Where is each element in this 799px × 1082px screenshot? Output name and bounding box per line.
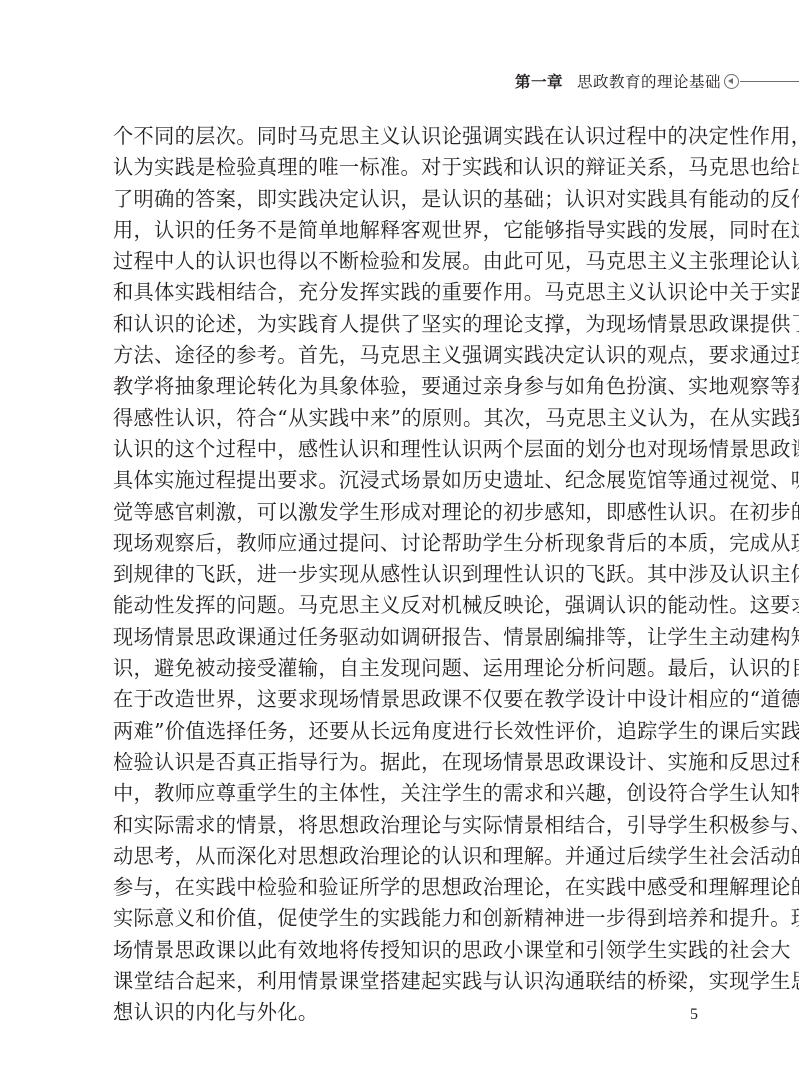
text-line: 得感性认识，符合“从实践中来”的原则。其次，马克思主义认为，在从实践到 <box>113 403 703 434</box>
text-line: 中，教师应尊重学生的主体性，关注学生的需求和兴趣，创设符合学生认知特点 <box>113 778 703 809</box>
chapter-title: 思政教育的理论基础 <box>577 70 721 92</box>
text-line: 在于改造世界，这要求现场情景思政课不仅要在教学设计中设计相应的“道德 <box>113 684 703 715</box>
text-line: 和具体实践相结合，充分发挥实践的重要作用。马克思主义认识论中关于实践 <box>113 277 703 308</box>
body-paragraph: 个不同的层次。同时马克思主义认识论强调实践在认识过程中的决定性作用， 认为实践是… <box>113 121 703 1029</box>
text-line: 能动性发挥的问题。马克思主义反对机械反映论，强调认识的能动性。这要求 <box>113 590 703 621</box>
text-line: 识，避免被动接受灌输，自主发现问题、运用理论分析问题。最后，认识的目的 <box>113 653 703 684</box>
text-line: 和实际需求的情景，将思想政治理论与实际情景相结合，引导学生积极参与、主 <box>113 810 703 841</box>
text-line: 和认识的论述，为实践育人提供了坚实的理论支撑，为现场情景思政课提供了 <box>113 309 703 340</box>
running-head: 第一章 思政教育的理论基础 <box>515 70 799 92</box>
chapter-number: 第一章 <box>515 70 563 92</box>
page-number: 5 <box>690 1006 698 1024</box>
header-rule <box>740 81 799 82</box>
text-line: 教学将抽象理论转化为具象体验，要通过亲身参与如角色扮演、实地观察等获 <box>113 371 703 402</box>
text-line: 用，认识的任务不是简单地解释客观世界，它能够指导实践的发展，同时在这个 <box>113 215 703 246</box>
text-line: 两难”价值选择任务，还要从长远角度进行长效性评价，追踪学生的课后实践， <box>113 716 703 747</box>
text-line: 想认识的内化与外化。 <box>113 997 703 1028</box>
text-line: 检验认识是否真正指导行为。据此，在现场情景思政课设计、实施和反思过程 <box>113 747 703 778</box>
text-line: 认识的这个过程中，感性认识和理性认识两个层面的划分也对现场情景思政课 <box>113 434 703 465</box>
text-line: 过程中人的认识也得以不断检验和发展。由此可见，马克思主义主张理论认识 <box>113 246 703 277</box>
circled-left-arrow-icon <box>724 74 739 89</box>
text-line: 现场情景思政课通过任务驱动如调研报告、情景剧编排等，让学生主动建构知 <box>113 622 703 653</box>
text-line: 个不同的层次。同时马克思主义认识论强调实践在认识过程中的决定性作用， <box>113 121 703 152</box>
text-line: 课堂结合起来，利用情景课堂搭建起实践与认识沟通联结的桥梁，实现学生思 <box>113 966 703 997</box>
text-line: 现场观察后，教师应通过提问、讨论帮助学生分析现象背后的本质，完成从现象 <box>113 528 703 559</box>
text-line: 方法、途径的参考。首先，马克思主义强调实践决定认识的观点，要求通过现场 <box>113 340 703 371</box>
text-line: 具体实施过程提出要求。沉浸式场景如历史遗址、纪念展览馆等通过视觉、听 <box>113 465 703 496</box>
text-line: 动思考，从而深化对思想政治理论的认识和理解。并通过后续学生社会活动的 <box>113 841 703 872</box>
text-line: 实际意义和价值，促使学生的实践能力和创新精神进一步得到培养和提升。现 <box>113 903 703 934</box>
text-line: 场情景思政课以此有效地将传授知识的思政小课堂和引领学生实践的社会大 <box>113 935 703 966</box>
text-line: 认为实践是检验真理的唯一标准。对于实践和认识的辩证关系，马克思也给出 <box>113 152 703 183</box>
text-line: 觉等感官刺激，可以激发学生形成对理论的初步感知，即感性认识。在初步的 <box>113 497 703 528</box>
text-line: 到规律的飞跃，进一步实现从感性认识到理性认识的飞跃。其中涉及认识主体 <box>113 559 703 590</box>
text-line: 了明确的答案，即实践决定认识，是认识的基础；认识对实践具有能动的反作 <box>113 184 703 215</box>
text-line: 参与，在实践中检验和验证所学的思想政治理论，在实践中感受和理解理论的 <box>113 872 703 903</box>
